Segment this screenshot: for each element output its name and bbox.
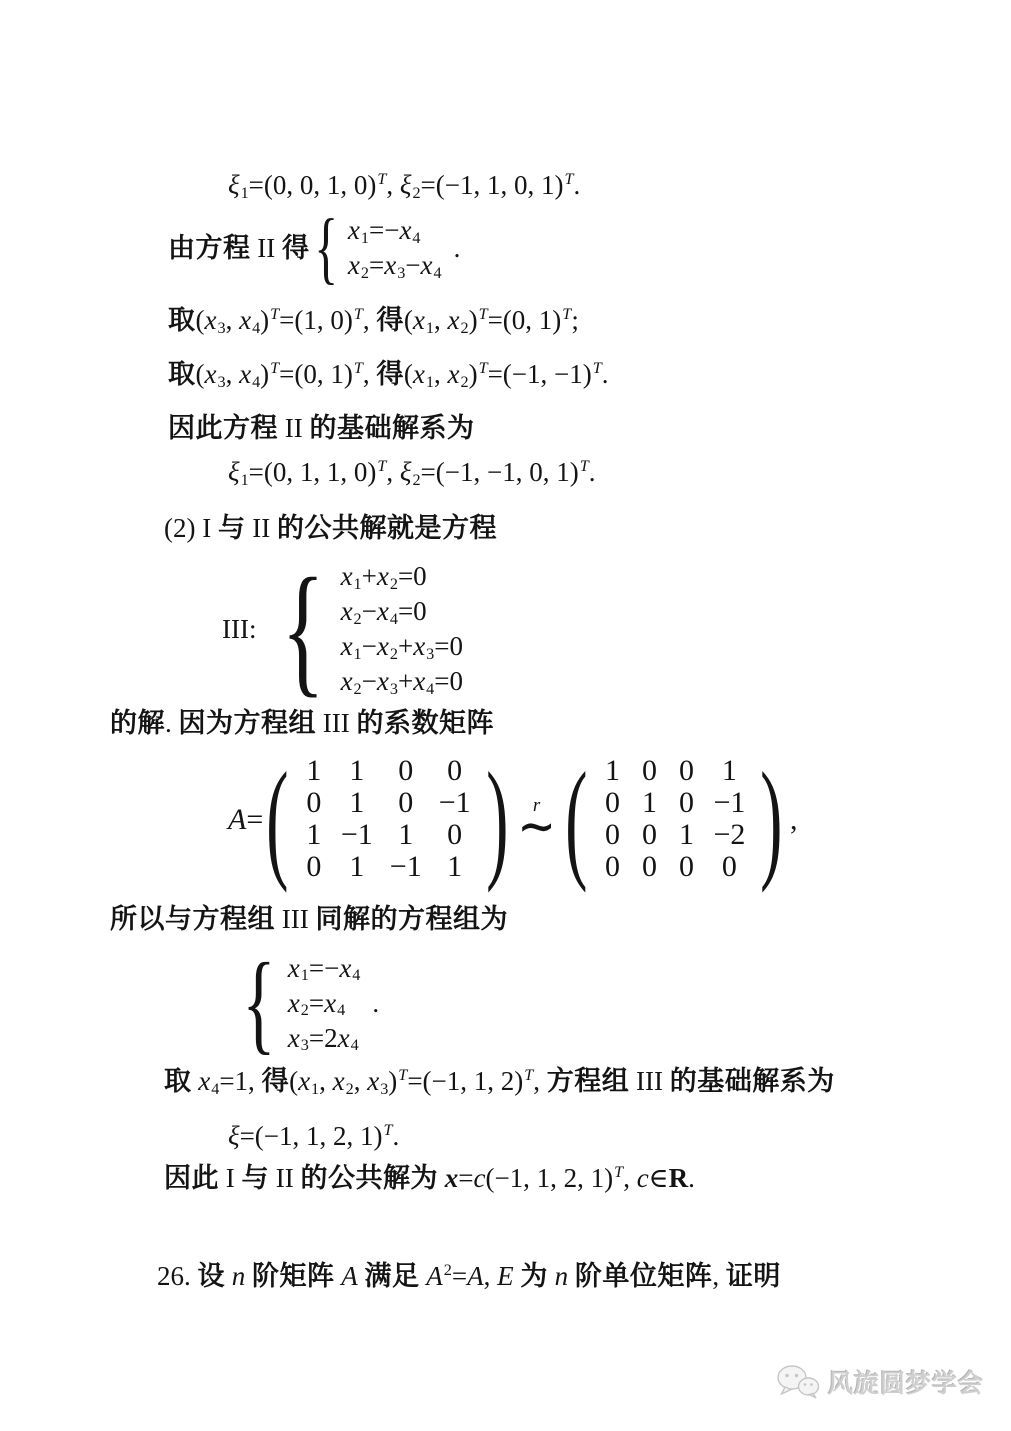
matrix-cell: 0 bbox=[390, 755, 422, 787]
equation-row: x1=−x4 bbox=[288, 951, 361, 986]
matrix-cell: 1 bbox=[439, 851, 471, 883]
equivalent-system: {x1=−x4x2=x4x3=2x4. bbox=[238, 947, 379, 1059]
matrix-right-paren: ) bbox=[486, 752, 508, 886]
matrix-cell: −1 bbox=[439, 787, 471, 819]
matrix-cell: 1 bbox=[713, 755, 745, 787]
tilde-icon: ∼ bbox=[517, 813, 556, 841]
document-page: ξ1=(0, 0, 1, 0)T, ξ2=(−1, 1, 0, 1)T. 由方程… bbox=[0, 0, 1011, 1431]
system-III: III:{x1+x2=0x2−x4=0x1−x2+x3=0x2−x3+x4=0 bbox=[222, 556, 463, 702]
matrix-cell: 0 bbox=[676, 787, 696, 819]
matrix-row-reduction: A=(1100010−11−11001−11)r∼(1001010−1001−2… bbox=[228, 752, 797, 886]
system-suffix: . bbox=[372, 986, 379, 1021]
matrix-cell: 1 bbox=[676, 819, 696, 851]
equation-row: x1+x2=0 bbox=[341, 559, 463, 594]
system-suffix: . bbox=[454, 231, 461, 266]
watermark: 风旋圆梦学会 bbox=[776, 1364, 984, 1400]
watermark-text: 风旋圆梦学会 bbox=[828, 1364, 984, 1400]
equation-row: x3=2x4 bbox=[288, 1021, 361, 1056]
matrix-cell: −1 bbox=[713, 787, 745, 819]
matrix-cell: 1 bbox=[341, 787, 373, 819]
matrix-cell: 1 bbox=[341, 755, 373, 787]
equation-rows: x1=−x4x2=x3−x4 bbox=[348, 213, 442, 283]
eq-basis-system-II-candidate: ξ1=(0, 0, 1, 0)T, ξ2=(−1, 1, 0, 1)T. bbox=[228, 168, 580, 203]
matrix-cell: 0 bbox=[304, 851, 324, 883]
matrix-cell: 0 bbox=[439, 755, 471, 787]
problem-26-statement: 26. 设 n 阶矩阵 A 满足 A2=A, E 为 n 阶单位矩阵, 证明 bbox=[157, 1259, 781, 1294]
matrix-cell: 0 bbox=[713, 851, 745, 883]
equation-rows: x1=−x4x2=x4x3=2x4 bbox=[288, 951, 361, 1056]
line-part-2-common-solution: (2) I 与 II 的公共解就是方程 bbox=[164, 511, 497, 546]
equation-row: x1−x2+x3=0 bbox=[341, 629, 463, 664]
matrix-line-suffix: , bbox=[790, 802, 798, 837]
matrix-cell: 1 bbox=[639, 787, 659, 819]
eq-basis-system-III: ξ=(−1, 1, 2, 1)T. bbox=[228, 1119, 399, 1154]
matrix-cell: 0 bbox=[602, 787, 622, 819]
system-prefix: 由方程 II 得 bbox=[168, 231, 309, 266]
left-brace: { bbox=[242, 947, 275, 1059]
matrix-cell: −1 bbox=[341, 819, 373, 851]
line-final-common-solution: 因此 I 与 II 的公共解为 x=c(−1, 1, 2, 1)T, c∈R. bbox=[164, 1161, 695, 1196]
line-conclusion-basis-II: 因此方程 II 的基础解系为 bbox=[168, 411, 474, 446]
matrix-cell: 0 bbox=[390, 787, 422, 819]
matrix-left-paren: ( bbox=[565, 752, 587, 886]
matrix-cell: 0 bbox=[602, 819, 622, 851]
matrix-A: (1100010−11−11001−11) bbox=[267, 752, 507, 886]
matrix-cell: 0 bbox=[676, 755, 696, 787]
matrix-right-paren: ) bbox=[761, 752, 783, 886]
matrix-cell: 0 bbox=[304, 787, 324, 819]
equation-row: x2−x3+x4=0 bbox=[341, 664, 463, 699]
matrix-left-paren: ( bbox=[266, 752, 288, 886]
matrix-grid: 1100010−11−11001−11 bbox=[304, 755, 471, 883]
left-brace: { bbox=[315, 208, 339, 288]
matrix-cell: 1 bbox=[390, 819, 422, 851]
row-equivalence-symbol: r∼ bbox=[517, 798, 556, 841]
matrix-grid: 1001010−1001−20000 bbox=[602, 755, 745, 883]
derived-system-II: 由方程 II 得{x1=−x4x2=x3−x4. bbox=[168, 208, 460, 288]
matrix-cell: 0 bbox=[676, 851, 696, 883]
equation-rows: x1+x2=0x2−x4=0x1−x2+x3=0x2−x3+x4=0 bbox=[341, 559, 463, 699]
eq-basis-system-II: ξ1=(0, 1, 1, 0)T, ξ2=(−1, −1, 0, 1)T. bbox=[228, 455, 595, 490]
line-take-case-2: 取(x3, x4)T=(0, 1)T, 得(x1, x2)T=(−1, −1)T… bbox=[168, 357, 609, 392]
matrix-cell: 1 bbox=[304, 819, 324, 851]
matrix-cell: 1 bbox=[602, 755, 622, 787]
matrix-cell: 1 bbox=[341, 851, 373, 883]
line-coefficient-matrix-intro: 的解. 因为方程组 III 的系数矩阵 bbox=[110, 706, 494, 741]
matrix-cell: 0 bbox=[439, 819, 471, 851]
matrix-cell: 0 bbox=[639, 851, 659, 883]
matrix-cell: −2 bbox=[713, 819, 745, 851]
matrix-A-reduced: (1001010−1001−20000) bbox=[566, 752, 782, 886]
matrix-cell: 0 bbox=[602, 851, 622, 883]
equation-row: x1=−x4 bbox=[348, 213, 442, 248]
matrix-lhs: A= bbox=[228, 802, 263, 837]
matrix-cell: 1 bbox=[304, 755, 324, 787]
matrix-cell: 0 bbox=[639, 755, 659, 787]
system-label: III: bbox=[222, 612, 256, 647]
line-take-case-1: 取(x3, x4)T=(1, 0)T, 得(x1, x2)T=(0, 1)T; bbox=[168, 303, 579, 338]
equation-row: x2=x3−x4 bbox=[348, 248, 442, 283]
matrix-cell: −1 bbox=[390, 851, 422, 883]
left-brace: { bbox=[282, 556, 325, 702]
line-equivalent-system-intro: 所以与方程组 III 同解的方程组为 bbox=[110, 902, 508, 937]
matrix-cell: 0 bbox=[639, 819, 659, 851]
wechat-icon bbox=[776, 1364, 820, 1400]
equation-row: x2=x4 bbox=[288, 986, 361, 1021]
equation-row: x2−x4=0 bbox=[341, 594, 463, 629]
line-take-x4: 取 x4=1, 得(x1, x2, x3)T=(−1, 1, 2)T, 方程组 … bbox=[164, 1064, 835, 1099]
